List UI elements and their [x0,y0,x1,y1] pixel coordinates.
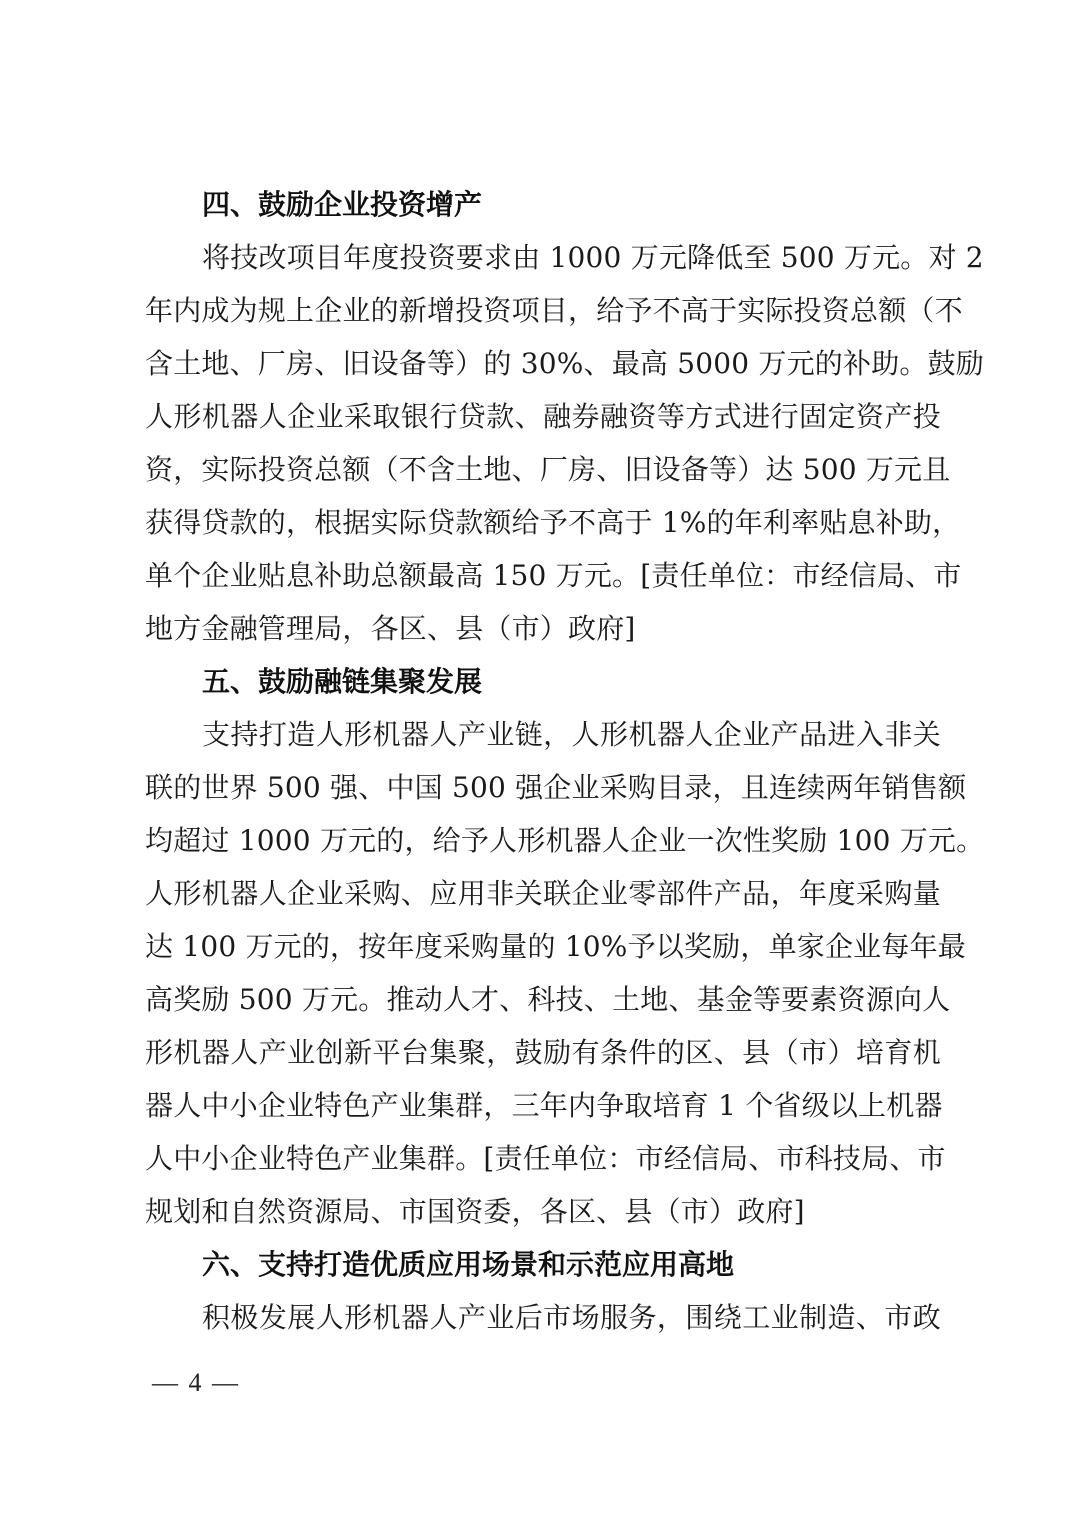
paragraph-line: 支持打造人形机器人产业链，人形机器人企业产品进入非关 [145,708,941,761]
paragraph-line: 获得贷款的，根据实际贷款额给予不高于 1%的年利率贴息补助， [145,496,941,549]
paragraph-line: 高奖励 500 万元。推动人才、科技、土地、基金等要素资源向人 [145,973,941,1026]
page-number: — 4 — [152,1368,240,1398]
paragraph-line: 均超过 1000 万元的，给予人形机器人企业一次性奖励 100 万元。 [145,814,941,867]
paragraph-line: 年内成为规上企业的新增投资项目，给予不高于实际投资总额（不 [145,284,941,337]
paragraph-line: 形机器人产业创新平台集聚，鼓励有条件的区、县（市）培育机 [145,1026,941,1079]
paragraph-line: 联的世界 500 强、中国 500 强企业采购目录，且连续两年销售额 [145,761,941,814]
section-heading-4: 四、鼓励企业投资增产 [145,178,945,231]
document-page: 四、鼓励企业投资增产 将技改项目年度投资要求由 1000 万元降低至 500 万… [145,178,945,1344]
paragraph-line: 积极发展人形机器人产业后市场服务，围绕工业制造、市政 [145,1291,941,1344]
paragraph-line: 将技改项目年度投资要求由 1000 万元降低至 500 万元。对 2 [145,231,941,284]
paragraph-line: 人中小企业特色产业集群。[责任单位：市经信局、市科技局、市 [145,1132,941,1185]
paragraph-line: 规划和自然资源局、市国资委，各区、县（市）政府] [145,1185,941,1238]
paragraph-line: 单个企业贴息补助总额最高 150 万元。[责任单位：市经信局、市 [145,549,941,602]
section-heading-6: 六、支持打造优质应用场景和示范应用高地 [145,1238,945,1291]
paragraph-line: 器人中小企业特色产业集群，三年内争取培育 1 个省级以上机器 [145,1079,941,1132]
paragraph-line: 地方金融管理局，各区、县（市）政府] [145,602,941,655]
paragraph-line: 人形机器人企业采取银行贷款、融券融资等方式进行固定资产投 [145,390,941,443]
paragraph-line: 资，实际投资总额（不含土地、厂房、旧设备等）达 500 万元且 [145,443,941,496]
paragraph-line: 含土地、厂房、旧设备等）的 30%、最高 5000 万元的补助。鼓励 [145,337,941,390]
section-heading-5: 五、鼓励融链集聚发展 [145,655,945,708]
paragraph-line: 人形机器人企业采购、应用非关联企业零部件产品，年度采购量 [145,867,941,920]
paragraph-line: 达 100 万元的，按年度采购量的 10%予以奖励，单家企业每年最 [145,920,941,973]
